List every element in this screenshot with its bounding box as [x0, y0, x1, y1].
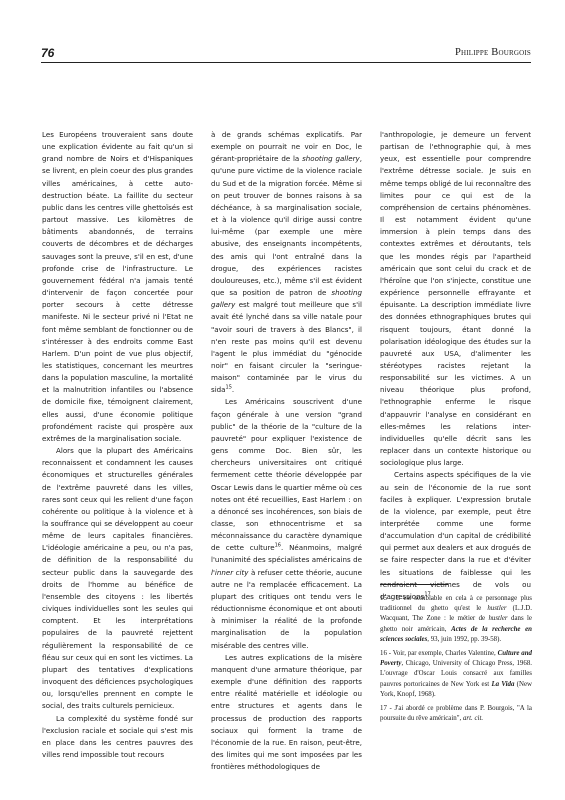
text-run: est malgré tout meilleure que s'il avait…	[211, 300, 362, 394]
page-header: 76 Philippe Bourgois	[41, 46, 531, 63]
italic-term: art. cit.	[463, 715, 483, 722]
italic-term: shooting gallery	[302, 154, 360, 163]
paragraph: La complexité du système fondé sur l'exc…	[42, 713, 193, 762]
text-run: Les autres explications de la misère man…	[211, 653, 362, 771]
paragraph: Alors que la plupart des Américains reco…	[42, 445, 193, 712]
italic-term: hustler	[487, 605, 506, 612]
footnotes-divider	[380, 584, 448, 585]
text-run: Les Américains souscrivent d'une façon g…	[211, 397, 362, 552]
text-run: , qu'une pure victime de la violence rac…	[211, 154, 362, 297]
text-run: 16 - Voir, par exemple, Charles Valentin…	[380, 650, 498, 657]
footnotes: 15 - Il est semblable en cela à ce perso…	[380, 594, 532, 728]
italic-term: l'inner city	[211, 568, 248, 577]
page-number: 76	[41, 46, 54, 60]
paragraph: à de grands schémas explicatifs. Par exe…	[211, 129, 362, 396]
footnote-17: 17 - J'ai abordé ce problème dans P. Bou…	[380, 704, 532, 724]
paragraph: Les Européens trouveraient sans doute un…	[42, 129, 193, 445]
footnote-16: 16 - Voir, par exemple, Charles Valentin…	[380, 649, 532, 700]
text-run: 17 - J'ai abordé ce problème dans P. Bou…	[380, 705, 532, 722]
paragraph: Les Américains souscrivent d'une façon g…	[211, 396, 362, 651]
text-run: .	[232, 385, 234, 394]
text-run: à refuser cette théorie, aucune autre ne…	[211, 568, 362, 650]
paragraph: l'anthropologie, je demeure un fervent p…	[380, 129, 531, 469]
document-page: 76 Philippe Bourgois Les Européens trouv…	[0, 0, 565, 800]
text-column-3: l'anthropologie, je demeure un fervent p…	[380, 129, 531, 603]
text-run: l'anthropologie, je demeure un fervent p…	[380, 130, 531, 467]
cited-title: La Vida	[491, 681, 514, 688]
italic-term: hustler	[488, 615, 507, 622]
text-column-2: à de grands schémas explicatifs. Par exe…	[211, 129, 362, 773]
running-head-author: Philippe Bourgois	[455, 47, 531, 58]
paragraph: Les autres explications de la misère man…	[211, 652, 362, 774]
footnote-15: 15 - Il est semblable en cela à ce perso…	[380, 594, 532, 645]
text-run: Certains aspects spécifiques de la vie a…	[380, 470, 531, 601]
text-run: , 93, juin 1992, pp. 39-58).	[427, 636, 501, 643]
text-column-1: Les Européens trouveraient sans doute un…	[42, 129, 193, 761]
